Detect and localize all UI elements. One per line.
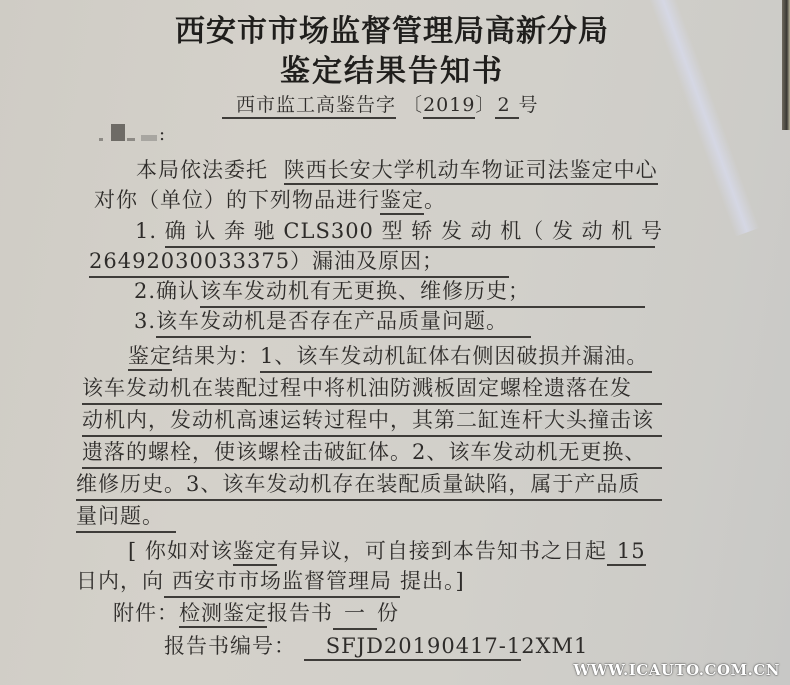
item-2: 2.确认该车发动机有无更换、维修历史； [134, 275, 645, 308]
item-3-text: 该车发动机是否存在产品质量问题。 [156, 305, 531, 338]
attachment-line: 附件：检测鉴定报告书一份 [113, 597, 399, 630]
appeal-authority: 西安市市场监督管理局 [164, 565, 400, 598]
appeal-appraisal-word: 鉴定 [233, 539, 277, 566]
intro-appraisal-word: 鉴定 [380, 188, 424, 215]
item-3: 3.该车发动机是否存在产品质量问题。 [134, 305, 531, 338]
site-watermark: WWW.ICAUTO.COM.CN [573, 661, 780, 679]
result-label: 结果为： [172, 344, 260, 368]
appeal-line-1: [ 你如对该鉴定有异议，可自接到本告知书之日起15 [128, 535, 646, 565]
doc-number-prefix: 西市监工高鉴告字 [222, 94, 396, 119]
item-1-engine-number: 26492030033375）漏油及原因； [89, 245, 509, 278]
intro-line-1: 本局依法委托 陕西长安大学机动车物证司法鉴定中心 [136, 154, 658, 184]
appeal-days: 15 [607, 539, 646, 566]
item-2-number: 2. [134, 279, 156, 303]
doc-number-suffix: 号 [519, 94, 539, 116]
item-3-number: 3. [134, 309, 156, 333]
result-line-5: 维修历史。3、该车发动机存在装配质量缺陷，属于产品质 [76, 468, 662, 501]
result-label-appraisal: 鉴定 [128, 344, 172, 371]
result-line-6: 量问题。 [76, 500, 176, 533]
item-2-text: 该车发动机有无更换、维修历史； [200, 275, 645, 308]
doc-number-year: 2019 [423, 94, 475, 119]
attachment-item: 检测鉴定 [179, 601, 267, 628]
doc-number-year-open: 〔 [396, 94, 423, 116]
result-line-4: 遗落的螺栓，使该螺栓击破缸体。2、该车发动机无更换、 [82, 436, 662, 469]
redaction-block [111, 124, 125, 141]
attachment-label: 附件： [113, 601, 179, 625]
item-1-text: 确 认 奔 驰 CLS300 型 轿 发 动 机（ 发 动 机 号 [165, 215, 655, 248]
report-number-value: SFJD20190417-12XM1 [304, 634, 521, 661]
result-text-1: 1、该车发动机缸体右侧因破损并漏油。 [260, 340, 652, 373]
recipient-colon: : [159, 124, 165, 145]
report-number-line: 报告书编号： SFJD20190417-12XM1 [164, 630, 521, 661]
doc-number-year-close: 〕 [475, 94, 495, 116]
result-line-3: 动机内，发动机高速运转过程中，其第二缸连杆大头撞击该 [82, 404, 662, 437]
attachment-unit: 份 [377, 601, 399, 625]
intro-line-2-text: 对你（单位）的下列物品进行 [94, 188, 380, 212]
report-number-label: 报告书编号： [164, 634, 296, 658]
issuer-heading: 西安市市场监督管理局高新分局 [175, 6, 609, 50]
redacted-recipient-name: : [97, 124, 167, 144]
entrusted-agency: 陕西长安大学机动车物证司法鉴定中心 [284, 158, 658, 185]
appeal-line-2: 日内，向西安市市场监督管理局提出。] [76, 565, 465, 598]
result-line-1: 鉴定结果为：1、该车发动机缸体右侧因破损并漏油。 [128, 340, 652, 373]
item-1-number: 1. [135, 219, 157, 243]
document-title: 鉴定结果告知书 [280, 46, 504, 90]
notification-document: 西安市市场监督管理局高新分局 鉴定结果告知书 西市监工高鉴告字 〔2019〕2号… [0, 0, 790, 685]
attachment-count: 一 [333, 597, 377, 630]
intro-prefix: 本局依法委托 [136, 158, 268, 182]
item-1-line-2: 26492030033375）漏油及原因； [89, 245, 509, 278]
intro-line-2: 对你（单位）的下列物品进行鉴定。 [94, 184, 446, 214]
document-number: 西市监工高鉴告字 〔2019〕2号 [222, 90, 539, 117]
result-line-2: 该车发动机在装配过程中将机油防溅板固定螺栓遗落在发 [82, 372, 662, 405]
doc-number-value: 2 [495, 94, 518, 119]
item-1-line-1: 1. 确 认 奔 驰 CLS300 型 轿 发 动 机（ 发 动 机 号 [135, 215, 655, 248]
